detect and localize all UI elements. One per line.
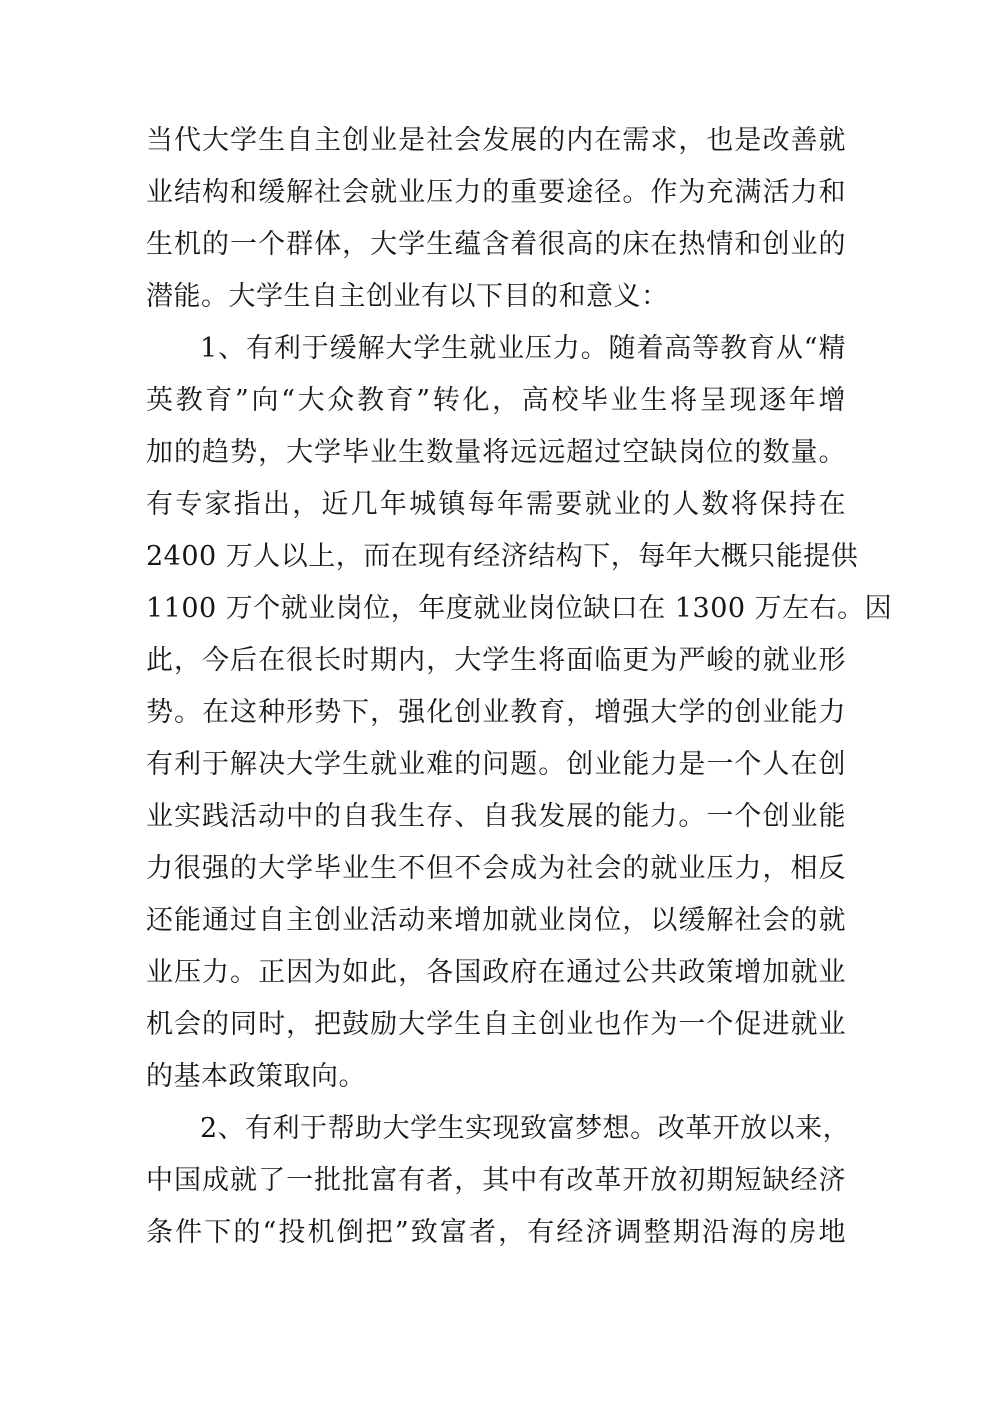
text-line: 有专家指出，近几年城镇每年需要就业的人数将保持在 (146, 479, 846, 531)
text-line: 业压力。正因为如此，各国政府在通过公共政策增加就业 (146, 947, 846, 999)
text-line: 英教育”向“大众教育”转化，高校毕业生将呈现逐年增 (146, 375, 846, 427)
text-line: 中国成就了一批批富有者，其中有改革开放初期短缺经济 (146, 1155, 846, 1207)
text-line: 的基本政策取向。 (146, 1051, 846, 1103)
paragraph: 当代大学生自主创业是社会发展的内在需求，也是改善就业结构和缓解社会就业压力的重要… (146, 115, 846, 323)
text-line: 条件下的“投机倒把”致富者，有经济调整期沿海的房地 (146, 1207, 846, 1259)
text-line: 加的趋势，大学毕业生数量将远远超过空缺岗位的数量。 (146, 427, 846, 479)
paragraph: 2、有利于帮助大学生实现致富梦想。改革开放以来，中国成就了一批批富有者，其中有改… (146, 1103, 846, 1259)
text-line: 潜能。大学生自主创业有以下目的和意义： (146, 271, 846, 323)
text-line: 1、有利于缓解大学生就业压力。随着高等教育从“精 (146, 323, 846, 375)
text-line: 1100 万个就业岗位，年度就业岗位缺口在 1300 万左右。因 (146, 583, 846, 635)
text-line: 还能通过自主创业活动来增加就业岗位，以缓解社会的就 (146, 895, 846, 947)
document-body: 当代大学生自主创业是社会发展的内在需求，也是改善就业结构和缓解社会就业压力的重要… (146, 115, 846, 1259)
text-line: 当代大学生自主创业是社会发展的内在需求，也是改善就 (146, 115, 846, 167)
text-line: 有利于解决大学生就业难的问题。创业能力是一个人在创 (146, 739, 846, 791)
paragraph: 1、有利于缓解大学生就业压力。随着高等教育从“精英教育”向“大众教育”转化，高校… (146, 323, 846, 1103)
text-line: 业实践活动中的自我生存、自我发展的能力。一个创业能 (146, 791, 846, 843)
text-line: 力很强的大学毕业生不但不会成为社会的就业压力，相反 (146, 843, 846, 895)
text-line: 此，今后在很长时期内，大学生将面临更为严峻的就业形 (146, 635, 846, 687)
text-line: 2、有利于帮助大学生实现致富梦想。改革开放以来， (146, 1103, 846, 1155)
text-line: 业结构和缓解社会就业压力的重要途径。作为充满活力和 (146, 167, 846, 219)
text-line: 2400 万人以上，而在现有经济结构下，每年大概只能提供 (146, 531, 846, 583)
text-line: 机会的同时，把鼓励大学生自主创业也作为一个促进就业 (146, 999, 846, 1051)
text-line: 生机的一个群体，大学生蕴含着很高的床在热情和创业的 (146, 219, 846, 271)
document-page: 当代大学生自主创业是社会发展的内在需求，也是改善就业结构和缓解社会就业压力的重要… (0, 0, 993, 1404)
text-line: 势。在这种形势下，强化创业教育，增强大学的创业能力 (146, 687, 846, 739)
